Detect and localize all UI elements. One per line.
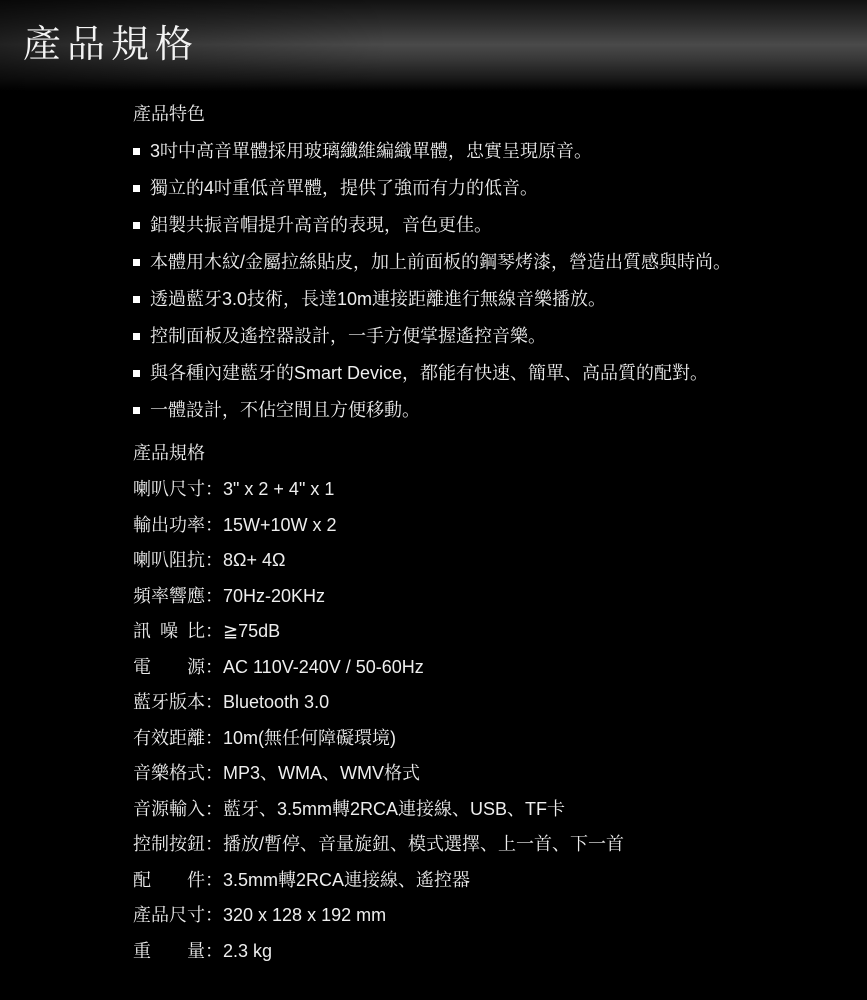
spec-value: 播放/暫停、音量旋鈕、模式選擇、上一首、下一首: [223, 834, 624, 854]
spec-value: 藍牙、3.5mm轉2RCA連接線、USB、TF卡: [223, 799, 565, 819]
spec-row: 重量：2.3 kg: [133, 934, 827, 970]
spec-label: 音源輸入: [133, 792, 205, 828]
spec-colon: ：: [205, 827, 223, 863]
specs-list: 喇叭尺寸：3" x 2 + 4" x 1 輸出功率：15W+10W x 2 喇叭…: [133, 472, 827, 969]
spec-colon: ：: [205, 579, 223, 615]
spec-value: 10m(無任何障礙環境): [223, 728, 396, 748]
spec-row: 有效距離：10m(無任何障礙環境): [133, 721, 827, 757]
spec-colon: ：: [205, 934, 223, 970]
feature-item: 獨立的4吋重低音單體，提供了強而有力的低音。: [133, 170, 827, 207]
spec-value: ≧75dB: [223, 621, 280, 641]
spec-label: 有效距離: [133, 721, 205, 757]
spec-value: 3" x 2 + 4" x 1: [223, 479, 334, 499]
product-spec-page: 產品規格 產品特色 3吋中高音單體採用玻璃纖維編織單體，忠實呈現原音。 獨立的4…: [0, 0, 867, 1000]
feature-item: 控制面板及遙控器設計，一手方便掌握遙控音樂。: [133, 318, 827, 355]
feature-text: 獨立的4吋重低音單體，提供了強而有力的低音。: [150, 178, 538, 198]
spec-value: 3.5mm轉2RCA連接線、遙控器: [223, 870, 470, 890]
feature-item: 一體設計，不佔空間且方便移動。: [133, 392, 827, 429]
feature-item: 3吋中高音單體採用玻璃纖維編織單體，忠實呈現原音。: [133, 133, 827, 170]
feature-text: 本體用木紋/金屬拉絲貼皮，加上前面板的鋼琴烤漆，營造出質感與時尚。: [150, 252, 731, 272]
spec-label: 控制按鈕: [133, 827, 205, 863]
spec-value: AC 110V-240V / 50-60Hz: [223, 657, 424, 677]
spec-colon: ：: [205, 898, 223, 934]
page-title: 產品規格: [0, 0, 867, 67]
spec-colon: ：: [205, 685, 223, 721]
bullet-square-icon: [133, 407, 140, 414]
features-heading: 產品特色: [133, 96, 827, 133]
spec-colon: ：: [205, 614, 223, 650]
spec-label: 電源: [133, 650, 205, 686]
spec-colon: ：: [205, 543, 223, 579]
spec-label: 訊噪比: [133, 614, 205, 650]
spec-label: 藍牙版本: [133, 685, 205, 721]
bullet-square-icon: [133, 148, 140, 155]
spec-value: Bluetooth 3.0: [223, 692, 329, 712]
bullet-square-icon: [133, 370, 140, 377]
spec-value: 15W+10W x 2: [223, 515, 337, 535]
feature-text: 一體設計，不佔空間且方便移動。: [150, 400, 420, 420]
bullet-square-icon: [133, 185, 140, 192]
feature-item: 鋁製共振音帽提升高音的表現，音色更佳。: [133, 207, 827, 244]
spec-label: 產品尺寸: [133, 898, 205, 934]
spec-row: 喇叭阻抗：8Ω+ 4Ω: [133, 543, 827, 579]
feature-item: 透過藍牙3.0技術，長達10m連接距離進行無線音樂播放。: [133, 281, 827, 318]
spec-row: 頻率響應：70Hz-20KHz: [133, 579, 827, 615]
page-header-banner: 產品規格: [0, 0, 867, 93]
bullet-square-icon: [133, 259, 140, 266]
spec-colon: ：: [205, 863, 223, 899]
spec-label: 喇叭尺寸: [133, 472, 205, 508]
spec-value: 2.3 kg: [223, 941, 272, 961]
spec-label: 配件: [133, 863, 205, 899]
spec-row: 產品尺寸：320 x 128 x 192 mm: [133, 898, 827, 934]
bullet-square-icon: [133, 222, 140, 229]
spec-colon: ：: [205, 756, 223, 792]
feature-text: 鋁製共振音帽提升高音的表現，音色更佳。: [150, 215, 492, 235]
spec-label: 喇叭阻抗: [133, 543, 205, 579]
spec-colon: ：: [205, 650, 223, 686]
spec-row: 音源輸入：藍牙、3.5mm轉2RCA連接線、USB、TF卡: [133, 792, 827, 828]
spec-colon: ：: [205, 508, 223, 544]
spec-colon: ：: [205, 472, 223, 508]
feature-text: 控制面板及遙控器設計，一手方便掌握遙控音樂。: [150, 326, 546, 346]
spec-label: 重量: [133, 934, 205, 970]
bullet-square-icon: [133, 296, 140, 303]
spec-row: 訊噪比：≧75dB: [133, 614, 827, 650]
spec-label: 頻率響應: [133, 579, 205, 615]
spec-row: 輸出功率：15W+10W x 2: [133, 508, 827, 544]
features-list: 3吋中高音單體採用玻璃纖維編織單體，忠實呈現原音。 獨立的4吋重低音單體，提供了…: [133, 133, 827, 429]
spec-row: 配件：3.5mm轉2RCA連接線、遙控器: [133, 863, 827, 899]
feature-text: 3吋中高音單體採用玻璃纖維編織單體，忠實呈現原音。: [150, 141, 592, 161]
spec-colon: ：: [205, 721, 223, 757]
spec-row: 藍牙版本：Bluetooth 3.0: [133, 685, 827, 721]
spec-label: 輸出功率: [133, 508, 205, 544]
bullet-square-icon: [133, 333, 140, 340]
spec-row: 音樂格式：MP3、WMA、WMV格式: [133, 756, 827, 792]
feature-item: 與各種內建藍牙的Smart Device，都能有快速、簡單、高品質的配對。: [133, 355, 827, 392]
spec-row: 喇叭尺寸：3" x 2 + 4" x 1: [133, 472, 827, 508]
spec-value: 8Ω+ 4Ω: [223, 550, 285, 570]
spec-row: 電源：AC 110V-240V / 50-60Hz: [133, 650, 827, 686]
specs-heading: 產品規格: [133, 435, 827, 472]
spec-row: 控制按鈕：播放/暫停、音量旋鈕、模式選擇、上一首、下一首: [133, 827, 827, 863]
spec-colon: ：: [205, 792, 223, 828]
feature-item: 本體用木紋/金屬拉絲貼皮，加上前面板的鋼琴烤漆，營造出質感與時尚。: [133, 244, 827, 281]
spec-value: 320 x 128 x 192 mm: [223, 905, 386, 925]
spec-value: MP3、WMA、WMV格式: [223, 763, 420, 783]
content-area: 產品特色 3吋中高音單體採用玻璃纖維編織單體，忠實呈現原音。 獨立的4吋重低音單…: [0, 93, 867, 969]
feature-text: 透過藍牙3.0技術，長達10m連接距離進行無線音樂播放。: [150, 289, 606, 309]
spec-label: 音樂格式: [133, 756, 205, 792]
spec-value: 70Hz-20KHz: [223, 586, 325, 606]
feature-text: 與各種內建藍牙的Smart Device，都能有快速、簡單、高品質的配對。: [150, 363, 708, 383]
